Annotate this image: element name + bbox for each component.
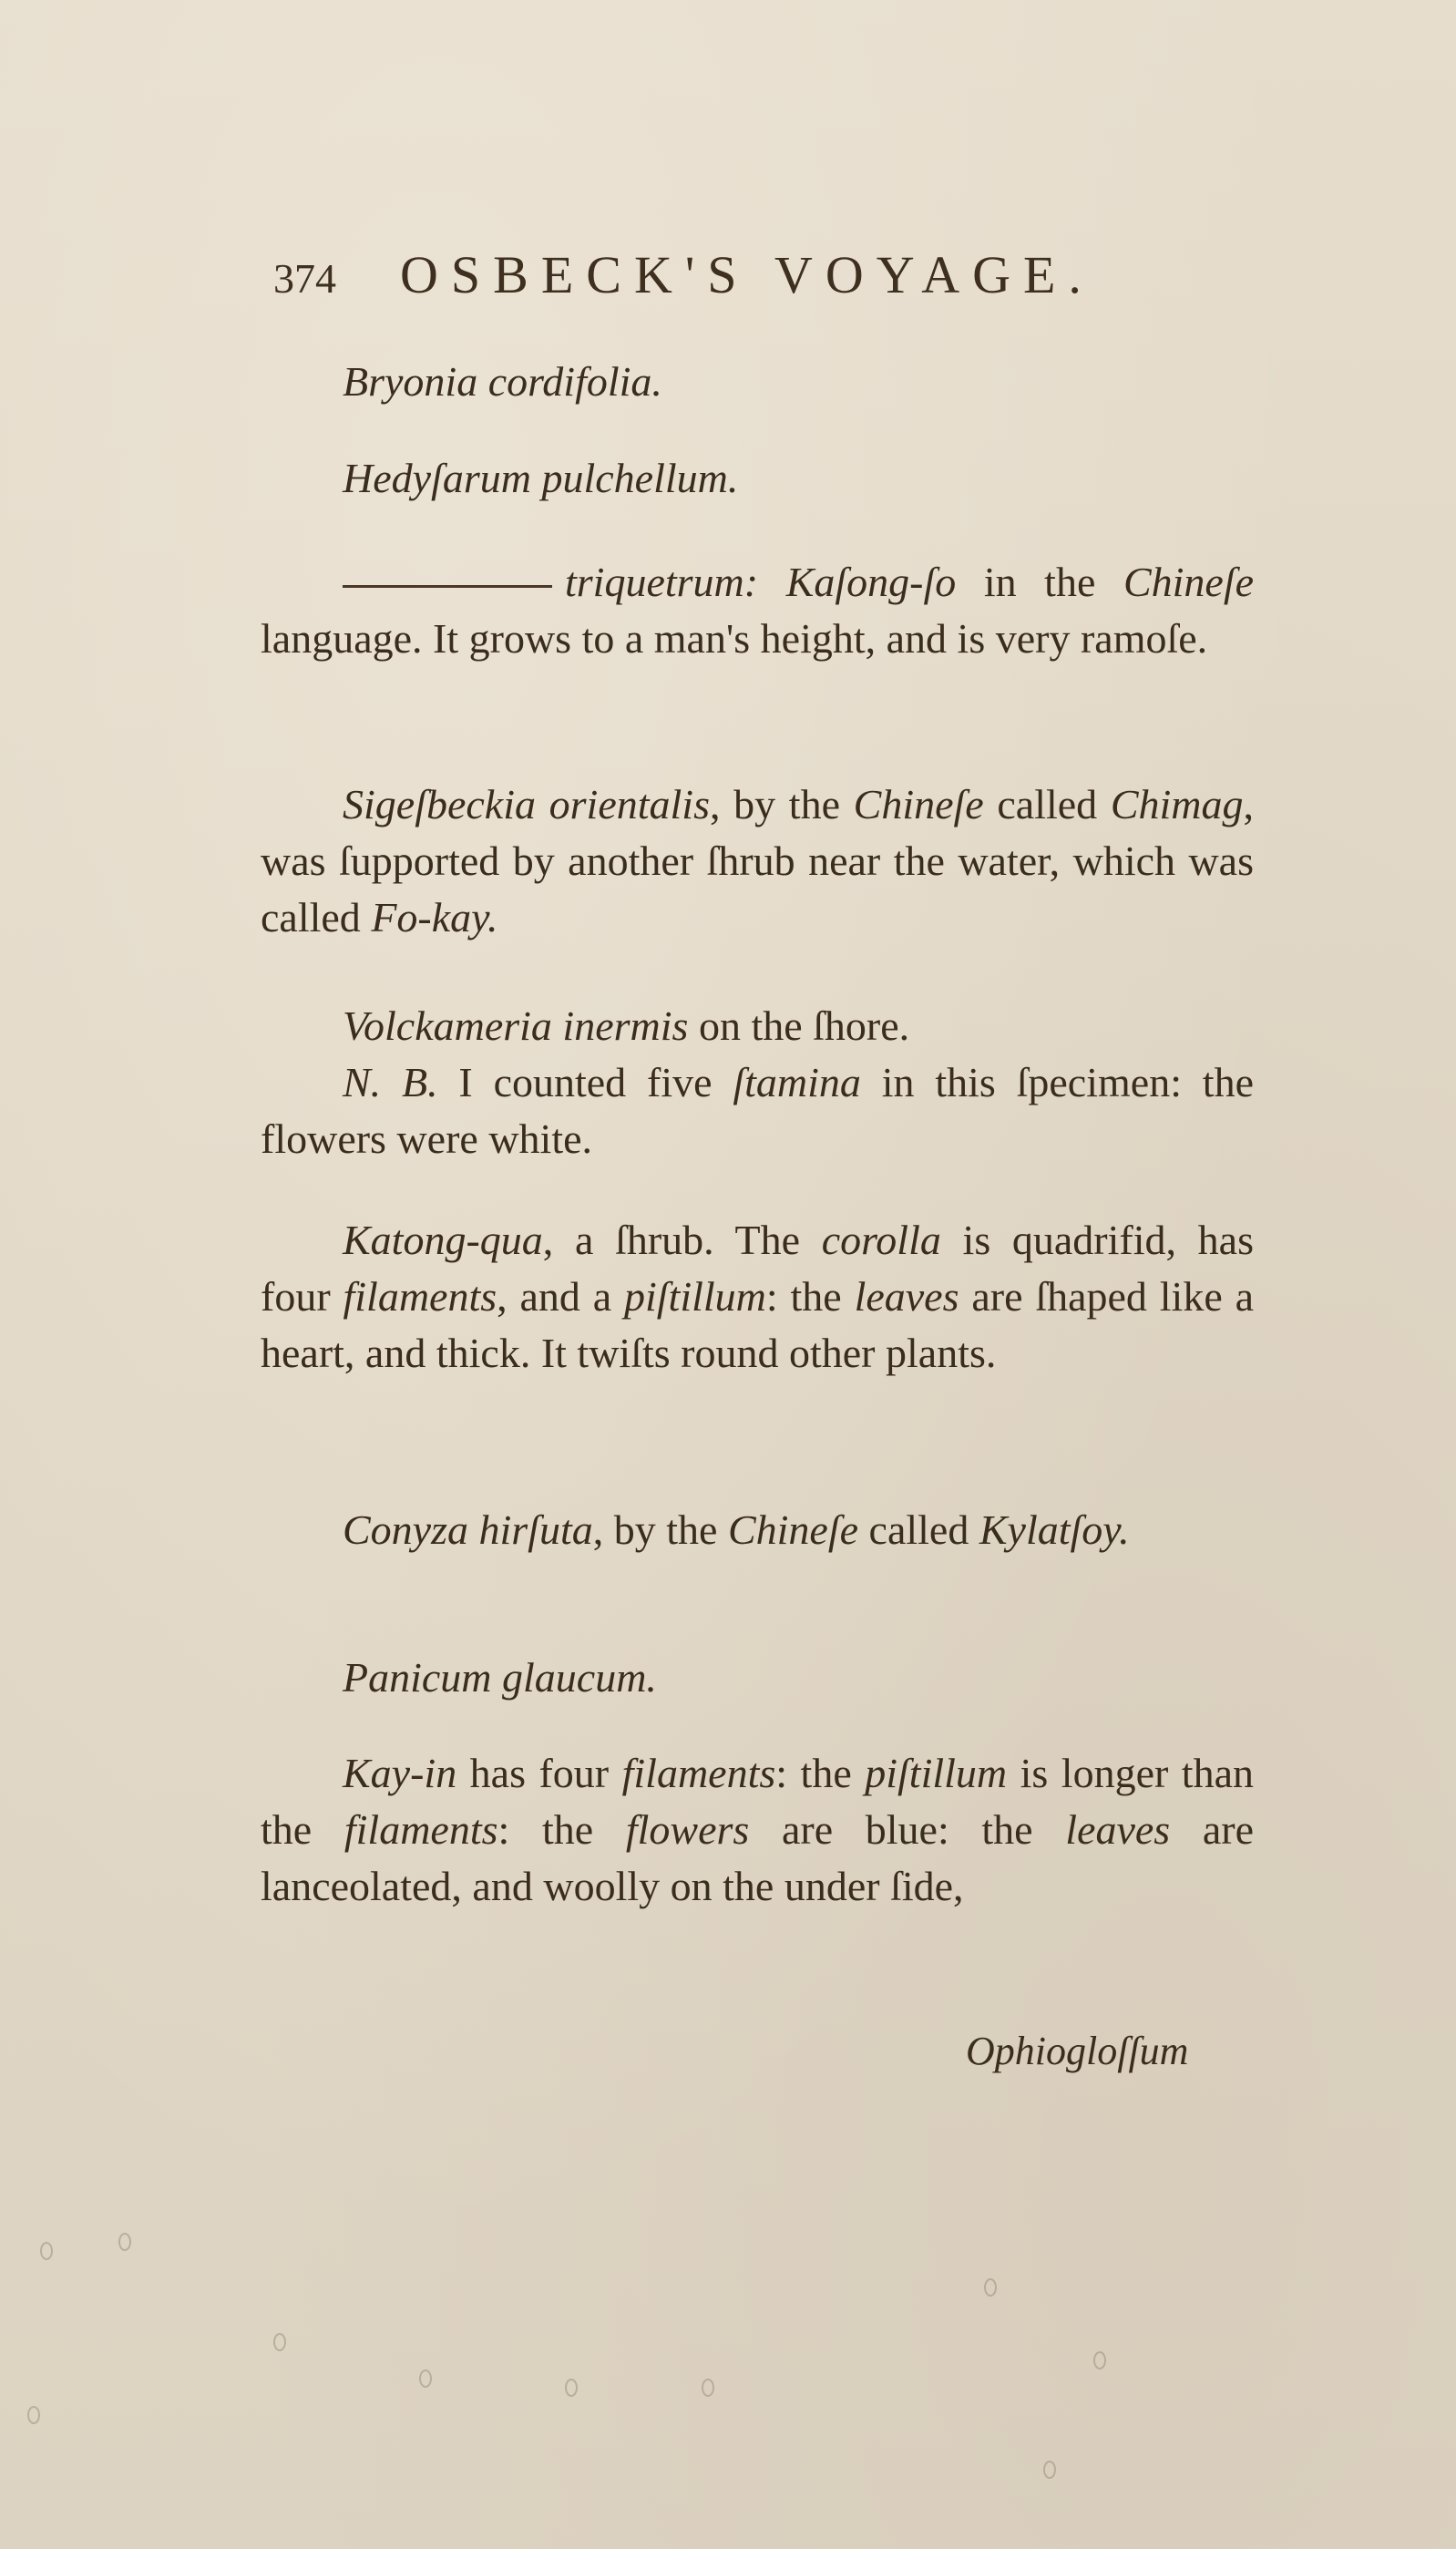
entry-sigesbeckia: Sigeſbeckia orientalis, by the Chineſe c… — [261, 776, 1254, 946]
entry-panicum: Panicum glaucum. — [261, 1650, 1254, 1706]
catchword: Ophiogloſſum — [966, 2028, 1188, 2074]
foxing-spot — [565, 2379, 578, 2397]
foxing-spot — [27, 2406, 40, 2424]
entry-triquetrum: triquetrum: Kaſong-ſo in the Chineſe lan… — [261, 554, 1254, 667]
foxing-spot — [273, 2333, 286, 2351]
entry-bryonia: Bryonia cordifolia. — [261, 354, 1254, 410]
running-header: 374 OSBECK'S VOYAGE. — [273, 244, 1276, 305]
entry-paragraph-nb: N. B. I counted five ſtamina in this ſpe… — [261, 1054, 1254, 1167]
entry-paragraph: triquetrum: Kaſong-ſo in the Chineſe lan… — [261, 554, 1254, 667]
entry-paragraph: Volckameria inermis on the ſhore. — [261, 998, 1254, 1054]
entry-paragraph: Sigeſbeckia orientalis, by the Chineſe c… — [261, 776, 1254, 946]
entry-text: Panicum glaucum. — [261, 1650, 1254, 1706]
entry-volckameria: Volckameria inermis on the ſhore. N. B. … — [261, 998, 1254, 1167]
running-title: OSBECK'S VOYAGE. — [400, 244, 1094, 305]
foxing-spot — [1043, 2461, 1056, 2479]
entry-katong: Katong-qua, a ſhrub. The corolla is quad… — [261, 1212, 1254, 1382]
entry-paragraph: Conyza hirſuta, by the Chineſe called Ky… — [261, 1502, 1254, 1558]
entry-paragraph: Kay-in has four filaments: the piſtillum… — [261, 1745, 1254, 1915]
foxing-spot — [40, 2242, 53, 2260]
entry-text: Hedyſarum pulchellum. — [261, 450, 1254, 507]
foxing-spot — [1093, 2351, 1106, 2369]
entry-text: Bryonia cordifolia. — [261, 354, 1254, 410]
entry-kayin: Kay-in has four filaments: the piſtillum… — [261, 1745, 1254, 1915]
foxing-spot — [702, 2379, 714, 2397]
page-number: 374 — [273, 254, 336, 303]
entry-paragraph: Katong-qua, a ſhrub. The corolla is quad… — [261, 1212, 1254, 1382]
foxing-spot — [118, 2233, 131, 2251]
foxing-spot — [984, 2278, 997, 2297]
entry-hedysarum: Hedyſarum pulchellum. — [261, 450, 1254, 507]
foxing-spot — [419, 2369, 432, 2388]
ditto-dash — [343, 585, 552, 588]
entry-conyza: Conyza hirſuta, by the Chineſe called Ky… — [261, 1502, 1254, 1558]
